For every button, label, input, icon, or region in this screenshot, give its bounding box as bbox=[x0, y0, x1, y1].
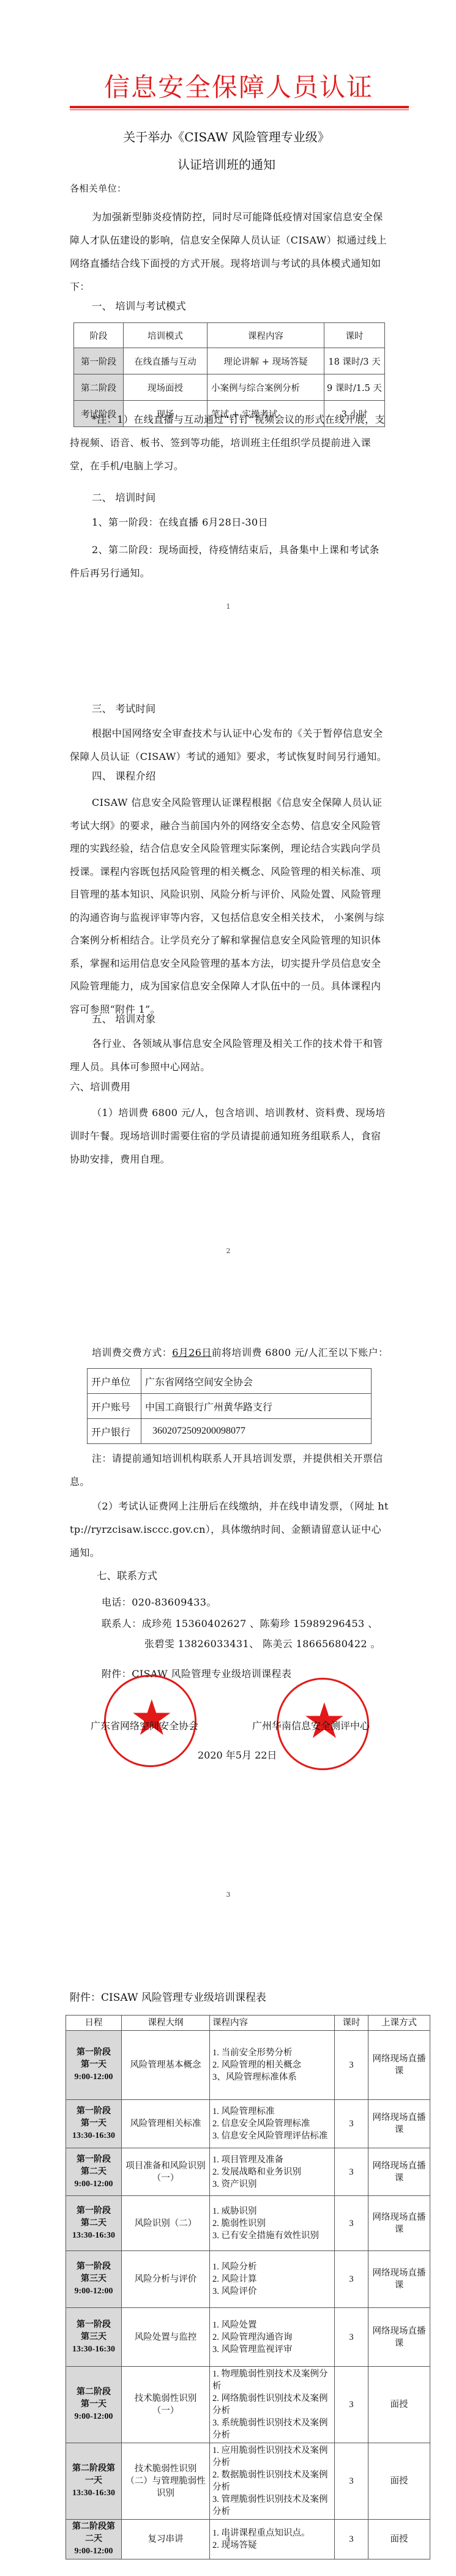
table-header: 课程内容 bbox=[207, 323, 324, 348]
hours-cell: 3 bbox=[335, 2520, 368, 2559]
table-cell: 理论讲解 + 现场答疑 bbox=[207, 348, 324, 374]
content-cell: 1. 风险分析2. 风险计算3. 风险评价 bbox=[210, 2251, 335, 2308]
hours-cell: 3 bbox=[335, 2367, 368, 2443]
page-number: 2 bbox=[224, 1247, 233, 1255]
table-row: 第一阶段第二天13:30-16:30 风险识别（二） 1. 威胁识别2. 脆弱性… bbox=[66, 2196, 430, 2251]
notice-title-line2: 认证培训班的通知 bbox=[92, 155, 361, 173]
appendix-title: 附件：CISAW 风险管理专业级培训课程表 bbox=[70, 1989, 266, 2004]
hours-cell: 3 bbox=[335, 2308, 368, 2367]
exam-fee-text: （2）考试认证费网上注册后在线缴纳，并在线申请发票，（网址 http://ryr… bbox=[70, 1495, 389, 1565]
mode-cell: 面授 bbox=[368, 2367, 430, 2443]
page-number: 3 bbox=[224, 1891, 233, 1899]
mode-cell: 面授 bbox=[368, 2520, 430, 2559]
outline-cell: 项目准备和风险识别（一） bbox=[122, 2148, 210, 2196]
outline-cell: 风险管理相关标准 bbox=[122, 2100, 210, 2148]
table-cell: 9 课时/1.5 天 bbox=[324, 374, 385, 401]
schedule-cell: 第一阶段第一天9:00-12:00 bbox=[66, 2031, 122, 2100]
outline-cell: 风险处置与监控 bbox=[122, 2308, 210, 2367]
course-schedule-table: 日程 课程大纲 课程内容 课时 上课方式 第一阶段第一天9:00-12:00 风… bbox=[65, 2015, 430, 2559]
signature-org1: 广东省网络空间安全协会 bbox=[91, 1718, 198, 1732]
intro-paragraph: 为加强新型肺炎疫情防控，同时尽可能降低疫情对国家信息安全保障人才队伍建设的影响，… bbox=[70, 206, 389, 299]
table-row: 第一阶段第三天9:00-12:00 风险分析与评价 1. 风险分析2. 风险计算… bbox=[66, 2251, 430, 2308]
table-row: 第二阶段第一天13:30-16:30 技术脆弱性识别（二）与管理脆弱性识别 1.… bbox=[66, 2443, 430, 2520]
mode-cell: 面授 bbox=[368, 2443, 430, 2520]
hours-cell: 3 bbox=[335, 2251, 368, 2308]
table-header: 课时 bbox=[335, 2016, 368, 2031]
schedule-cell: 第二阶段第一天13:30-16:30 bbox=[66, 2443, 122, 2520]
section3-text: 根据中国网络安全审查技术与认证中心发布的《关于暂停信息安全保障人员认证（CISA… bbox=[70, 722, 389, 769]
table-header: 培训模式 bbox=[124, 323, 207, 348]
mode-cell: 网络现场直播课 bbox=[368, 2308, 430, 2367]
content-cell: 1. 项目管理及准备2. 发展战略和业务识别3. 资产识别 bbox=[210, 2148, 335, 2196]
contact-persons-line2: 张碧雯 13826033431、 陈美云 18665680422 。 bbox=[144, 1636, 438, 1652]
mode-cell: 网络现场直播课 bbox=[368, 2031, 430, 2100]
banner-divider-thin bbox=[70, 110, 409, 110]
table-row: 第一阶段第二天9:00-12:00 项目准备和风险识别（一） 1. 项目管理及准… bbox=[66, 2148, 430, 2196]
page-number: 1 bbox=[224, 603, 233, 611]
table-header: 阶段 bbox=[74, 323, 124, 348]
content-cell: 1. 当前安全形势分析2. 风险管理的相关概念3、风险管理标准体系 bbox=[210, 2031, 335, 2100]
section2-heading: 二、 培训时间 bbox=[92, 490, 155, 504]
table-row: 第一阶段第一天13:30-16:30 风险管理相关标准 1. 风险管理标准2. … bbox=[66, 2100, 430, 2148]
outline-cell: 技术脆弱性识别（二）与管理脆弱性识别 bbox=[122, 2443, 210, 2520]
table-row: 开户银行 3602072509200098077 bbox=[88, 1419, 372, 1444]
content-cell: 1. 物理脆弱性别技术及案例分析2. 网络脆弱性识别技术及案例分析3. 系统脆弱… bbox=[210, 2367, 335, 2443]
banner-divider bbox=[70, 106, 409, 108]
table-cell: 18 课时/3 天 bbox=[324, 348, 385, 374]
table-header: 日程 bbox=[66, 2016, 122, 2031]
hours-cell: 3 bbox=[335, 2100, 368, 2148]
payment-method: 培训费交费方式：6月26日前将培训费 6800 元/人汇至以下账户： bbox=[70, 1344, 389, 1361]
invoice-note: 注：请提前通知培训机构联系人开具培训发票，并提供相关开票信息。 bbox=[70, 1447, 389, 1494]
table-header: 课时 bbox=[324, 323, 385, 348]
contact-persons-line1: 联系人：成珍苑 15360402627 、陈菊珍 15989296453 、 bbox=[102, 1615, 432, 1632]
section1-heading: 一、 培训与考试模式 bbox=[92, 298, 186, 313]
schedule-cell: 第二阶段第二天9:00-12:00 bbox=[66, 2520, 122, 2559]
schedule-cell: 第一阶段第一天13:30-16:30 bbox=[66, 2100, 122, 2148]
section4-text: CISAW 信息安全风险管理认证课程根据《信息安全保障人员认证考试大纲》的要求，… bbox=[70, 791, 389, 1021]
table-row: 第二阶段第一天9:00-12:00 技术脆弱性识别（一） 1. 物理脆弱性别技术… bbox=[66, 2367, 430, 2443]
section2-item1: 1、第一阶段：在线直播 6月28日-30日 bbox=[70, 514, 389, 530]
section6-fee-text: （1）培训费 6800 元/人，包含培训、培训教材、资料费、现场培训时午餐。现场… bbox=[70, 1101, 389, 1171]
section5-heading: 五、 培训对象 bbox=[92, 1011, 155, 1026]
mode-cell: 网络现场直播课 bbox=[368, 2196, 430, 2251]
table-cell: 现场面授 bbox=[124, 374, 207, 401]
outline-cell: 技术脆弱性识别（一） bbox=[122, 2367, 210, 2443]
salutation: 各相关单位： bbox=[70, 181, 389, 197]
hours-cell: 3 bbox=[335, 2031, 368, 2100]
payment-prefix: 培训费交费方式： bbox=[92, 1347, 172, 1358]
table-cell: 开户银行 bbox=[88, 1419, 141, 1444]
section1-note: *注：1）在线直播与互动通过“钉钉”视频会议的形式在线开展，支持视频、语音、板书… bbox=[70, 408, 389, 478]
section6-heading: 六、培训费用 bbox=[70, 1079, 130, 1093]
table-cell: 在线直播与互动 bbox=[124, 348, 207, 374]
mode-cell: 网络现场直播课 bbox=[368, 2148, 430, 2196]
table-cell: 第二阶段 bbox=[74, 374, 124, 401]
content-cell: 1. 风险处置2. 风险管理沟通咨询3. 风险管理监视评审 bbox=[210, 2308, 335, 2367]
table-cell: 广东省网络空间安全协会 bbox=[141, 1369, 372, 1394]
outline-cell: 复习串讲 bbox=[122, 2520, 210, 2559]
table-header: 课程大纲 bbox=[122, 2016, 210, 2031]
table-row: 第一阶段 在线直播与互动 理论讲解 + 现场答疑 18 课时/3 天 bbox=[74, 348, 385, 374]
schedule-cell: 第二阶段第一天9:00-12:00 bbox=[66, 2367, 122, 2443]
table-row: 开户单位 广东省网络空间安全协会 bbox=[88, 1369, 372, 1394]
section2-item2: 2、第二阶段：现场面授，待疫情结束后，具备集中上课和考试条件后再另行通知。 bbox=[70, 538, 389, 585]
table-row: 第一阶段第三天13:30-16:30 风险处置与监控 1. 风险处置2. 风险管… bbox=[66, 2308, 430, 2367]
table-row: 第一阶段第一天9:00-12:00 风险管理基本概念 1. 当前安全形势分析2.… bbox=[66, 2031, 430, 2100]
contact-phone: 电话：020-83609433。 bbox=[102, 1594, 421, 1610]
section7-heading: 七、联系方式 bbox=[97, 1568, 157, 1582]
content-cell: 1. 风险管理标准2. 信息安全风险管理标准3. 信息安全风险管理评估标准 bbox=[210, 2100, 335, 2148]
table-cell: 第一阶段 bbox=[74, 348, 124, 374]
table-header: 课程内容 bbox=[210, 2016, 335, 2031]
payment-suffix: 前将培训费 6800 元/人汇至以下账户： bbox=[212, 1347, 389, 1358]
schedule-cell: 第一阶段第二天13:30-16:30 bbox=[66, 2196, 122, 2251]
mode-cell: 网络现场直播课 bbox=[368, 2100, 430, 2148]
banner-title: 信息安全保障人员认证 bbox=[70, 67, 408, 104]
mode-cell: 网络现场直播课 bbox=[368, 2251, 430, 2308]
table-row: 开户账号 中国工商银行广州黄华路支行 bbox=[88, 1394, 372, 1419]
outline-cell: 风险管理基本概念 bbox=[122, 2031, 210, 2100]
outline-cell: 风险识别（二） bbox=[122, 2196, 210, 2251]
table-cell: 3602072509200098077 bbox=[141, 1419, 372, 1444]
table-cell: 中国工商银行广州黄华路支行 bbox=[141, 1394, 372, 1419]
section4-heading: 四、 课程介绍 bbox=[92, 768, 155, 783]
schedule-cell: 第一阶段第三天9:00-12:00 bbox=[66, 2251, 122, 2308]
table-cell: 小案例与综合案例分析 bbox=[207, 374, 324, 401]
table-row: 第二阶段第二天9:00-12:00 复习串讲 1. 串讲课程重点知识点。2. 现… bbox=[66, 2520, 430, 2559]
signature-org2: 广州华南信息安全测评中心 bbox=[252, 1718, 370, 1732]
content-cell: 1. 应用脆弱性识别技术及案例分析2. 数据脆弱性识别技术及案例分析3. 管理脆… bbox=[210, 2443, 335, 2520]
table-cell: 开户单位 bbox=[88, 1369, 141, 1394]
section5-text: 各行业、各领域从事信息安全风险管理及相关工作的技术骨干和管理人员。具体可参照中心… bbox=[70, 1032, 389, 1079]
payment-date: 6月26日 bbox=[172, 1347, 212, 1358]
hours-cell: 3 bbox=[335, 2443, 368, 2520]
outline-cell: 风险分析与评价 bbox=[122, 2251, 210, 2308]
section3-heading: 三、 考试时间 bbox=[92, 701, 155, 715]
notice-title-line1: 关于举办《CISAW 风险管理专业级》 bbox=[92, 127, 361, 145]
page-number: 4 bbox=[224, 2534, 233, 2542]
signature-date: 2020 年5月 22日 bbox=[198, 1748, 277, 1762]
table-cell: 开户账号 bbox=[88, 1394, 141, 1419]
table-header: 上课方式 bbox=[368, 2016, 430, 2031]
schedule-cell: 第一阶段第三天13:30-16:30 bbox=[66, 2308, 122, 2367]
content-cell: 1. 威胁识别2. 脆弱性识别3. 已有安全措施有效性识别 bbox=[210, 2196, 335, 2251]
schedule-cell: 第一阶段第二天9:00-12:00 bbox=[66, 2148, 122, 2196]
hours-cell: 3 bbox=[335, 2196, 368, 2251]
hours-cell: 3 bbox=[335, 2148, 368, 2196]
bank-account-table: 开户单位 广东省网络空间安全协会 开户账号 中国工商银行广州黄华路支行 开户银行… bbox=[87, 1368, 372, 1444]
table-row: 第二阶段 现场面授 小案例与综合案例分析 9 课时/1.5 天 bbox=[74, 374, 385, 401]
